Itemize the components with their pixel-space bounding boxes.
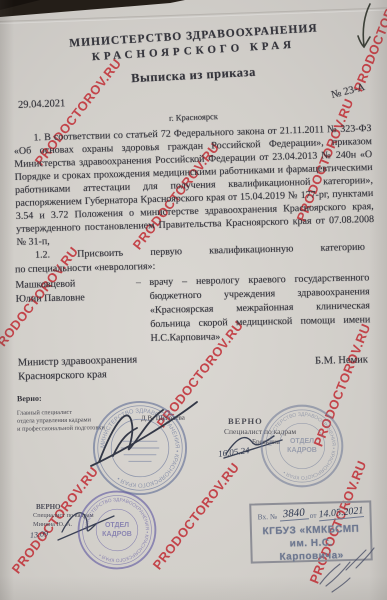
recipient-name: Машковцевой Юлии Павловне: [15, 276, 128, 348]
hr-round-stamp: МИНИСТЕРСТВО ЗДРАВООХРАНЕНИЯ • КРАСНОЯРС…: [260, 404, 344, 488]
bottom-handwritten-date: 13.09: [30, 529, 49, 540]
dash-separator: –: [127, 276, 150, 346]
incoming-date-handwritten: 14.05.2021: [318, 505, 364, 521]
certifier-signature-icon: [85, 398, 215, 470]
order-number: № 23-А: [330, 82, 366, 101]
pen-arrow-down-icon: [348, 2, 378, 58]
hr-purple-round-stamp: МИНИСТЕРСТВО ЗДРАВООХРАНЕНИЯ • КРАСНОЯРС…: [76, 490, 158, 570]
minister-signature-block: Министр здравоохранения Красноярского кр…: [18, 347, 369, 384]
scanned-order-extract-document: PRODOCTOROV.RU PRODOCTOROV.RU PRODOCTORO…: [0, 0, 387, 600]
recipient-block: Машковцевой Юлии Павловне – врачу – невр…: [15, 271, 374, 348]
document-date: 29.04.2021: [18, 98, 66, 111]
right-verno-label: ВЕРНО: [228, 416, 263, 426]
verno-label: Верно:: [17, 394, 42, 403]
recipient-first-patronymic: Юлии Павловне: [16, 290, 128, 306]
stamp-center-line1: ОТДЕЛ: [290, 437, 314, 446]
from-label: от: [310, 511, 317, 520]
minister-title-line2: Красноярского края: [18, 367, 138, 384]
order-paragraph-legal-basis: 1. В соответствии со статьей 72 Федераль…: [13, 122, 374, 249]
stamp-center-line2: КАДРОВ: [287, 446, 317, 455]
stamp-center-line2: КАДРОВ: [102, 530, 132, 539]
pen-scribble-icon: [312, 540, 382, 598]
stamp-center-line1: ОТДЕЛ: [105, 521, 129, 530]
minister-title: Министр здравоохранения Красноярского кр…: [18, 353, 138, 384]
incoming-number-label: Вх. №: [257, 512, 277, 522]
incoming-number-handwritten: 3840: [279, 506, 308, 521]
recipient-description: врачу – неврологу краевого государственн…: [149, 271, 370, 346]
minister-name: Б.М. Немик: [315, 353, 368, 376]
